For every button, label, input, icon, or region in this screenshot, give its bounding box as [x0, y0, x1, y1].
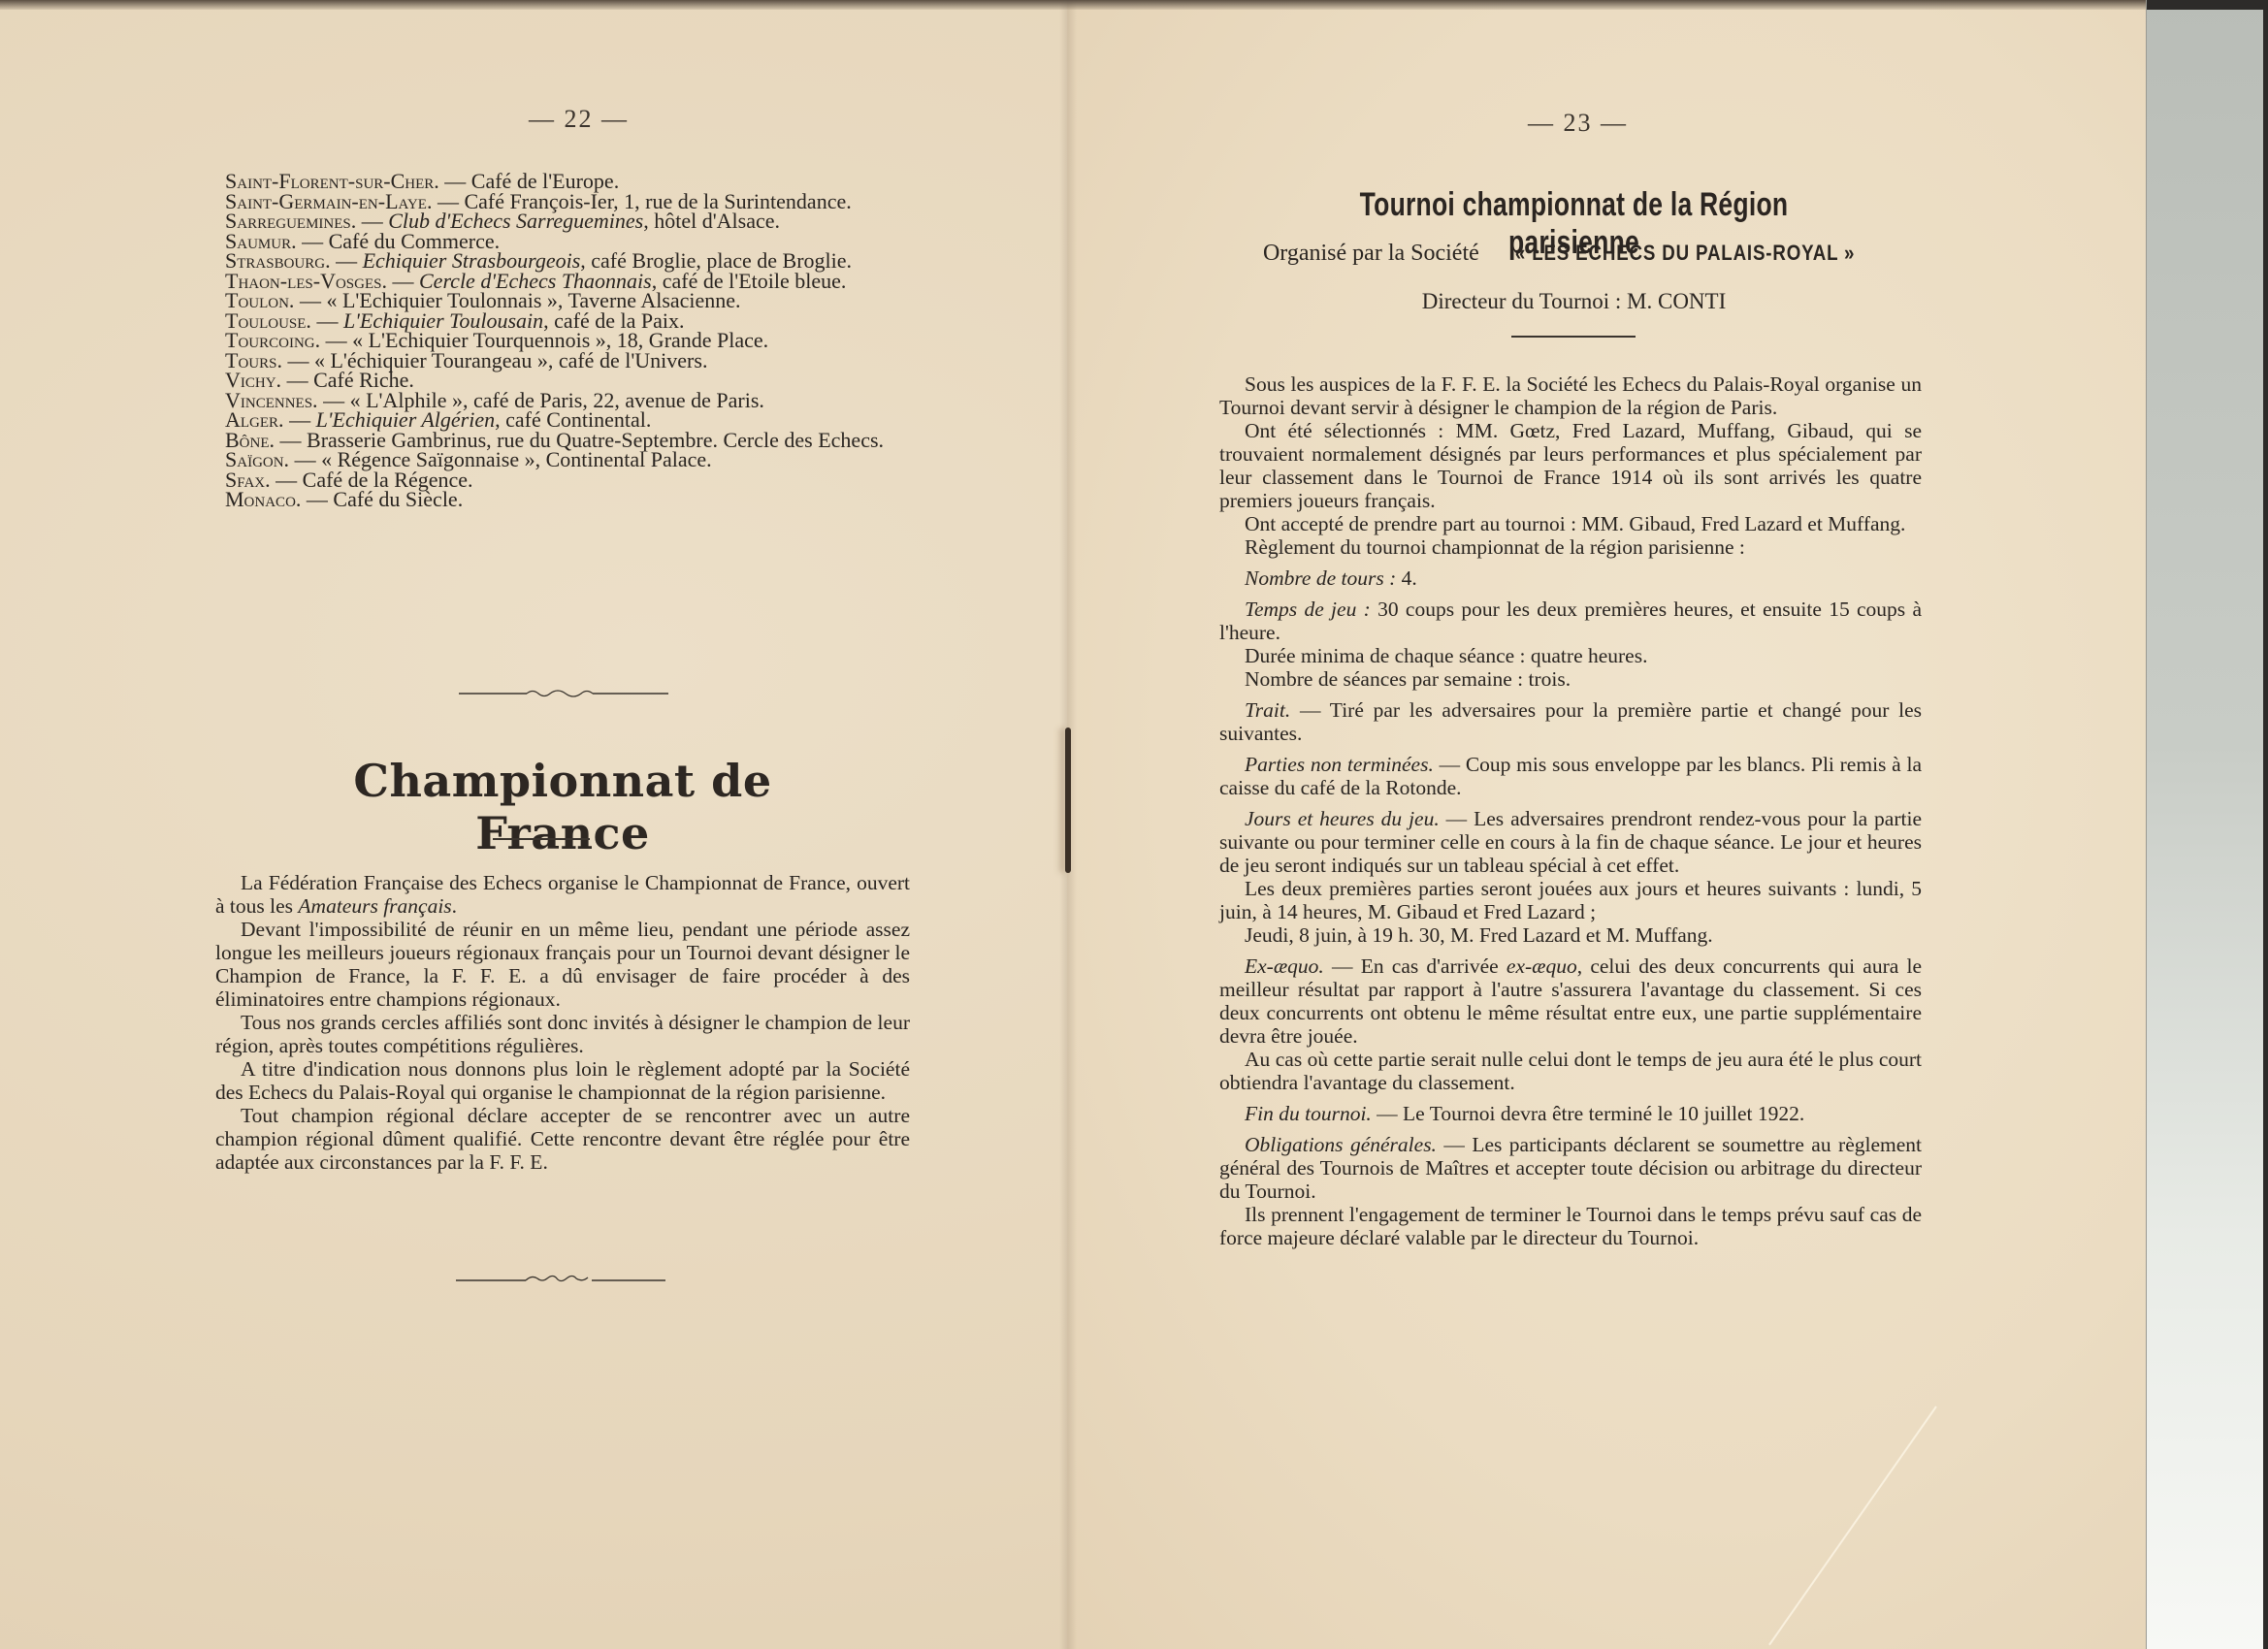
rule-duree: Durée minima de chaque séance : quatre h…: [1219, 644, 1922, 667]
rule-exaequo: Ex-æquo. — En cas d'arrivée ex-æquo, cel…: [1219, 954, 1922, 1048]
paragraph: Ont accepté de prendre part au tournoi :…: [1219, 512, 1922, 535]
title-underline: [493, 838, 590, 840]
rule-nulle: Au cas où cette partie serait nulle celu…: [1219, 1048, 1922, 1094]
paragraph: Ont été sélectionnés : MM. Gœtz, Fred La…: [1219, 419, 1922, 512]
rule-engagement: Ils prennent l'engagement de terminer le…: [1219, 1203, 1922, 1249]
tournoi-subtitle: Organisé par la Société « LES ECHECS DU …: [1217, 241, 1930, 267]
tournoi-director: Directeur du Tournoi : M. CONTI: [1217, 289, 1930, 314]
title-underline: [1511, 336, 1636, 338]
ornament-divider-icon: [459, 687, 668, 700]
paragraph: Sous les auspices de la F. F. E. la Soci…: [1219, 372, 1922, 419]
rule-trait: Trait. — Tiré par les adversaires pour l…: [1219, 698, 1922, 745]
rule-parties: Parties non terminées. — Coup mis sous e…: [1219, 753, 1922, 799]
paragraph: Règlement du tournoi championnat de la r…: [1219, 535, 1922, 559]
paragraph: Tout champion régional déclare accepter …: [215, 1104, 910, 1174]
rule-deux-parties: Les deux premières parties seront jouées…: [1219, 877, 1922, 923]
paragraph: La Fédération Française des Echecs organ…: [215, 871, 910, 918]
ornament-divider-icon: [456, 1273, 665, 1286]
club-list: Saint-Florent-sur-Cher. — Café de l'Euro…: [225, 172, 912, 510]
championnat-body: La Fédération Française des Echecs organ…: [215, 871, 910, 1174]
list-item: Monaco. — Café du Siècle.: [225, 490, 912, 510]
scanner-background: [2146, 0, 2268, 1649]
rule-seances: Nombre de séances par semaine : trois.: [1219, 667, 1922, 691]
rule-obligations: Obligations générales. — Les participant…: [1219, 1133, 1922, 1203]
rule-jeudi: Jeudi, 8 juin, à 19 h. 30, M. Fred Lazar…: [1219, 923, 1922, 947]
reglement-body: Sous les auspices de la F. F. E. la Soci…: [1219, 372, 1922, 1249]
section-title-championnat: Championnat de France: [291, 755, 834, 859]
top-edge-shadow: [0, 0, 2146, 10]
page-number-right: — 23 —: [1528, 109, 1628, 138]
paragraph: A titre d'indication nous donnons plus l…: [215, 1057, 910, 1104]
paragraph: Devant l'impossibilité de réunir en un m…: [215, 918, 910, 1011]
paragraph: Tous nos grands cercles affiliés sont do…: [215, 1011, 910, 1057]
page-number-left: — 22 —: [529, 105, 629, 134]
rule-temps-de-jeu: Temps de jeu : 30 coups pour les deux pr…: [1219, 598, 1922, 644]
rule-fin: Fin du tournoi. — Le Tournoi devra être …: [1219, 1102, 1922, 1125]
binding-staple: [1065, 727, 1071, 873]
rule-tours: Nombre de tours : 4.: [1219, 566, 1922, 590]
rule-jours: Jours et heures du jeu. — Les adversaire…: [1219, 807, 1922, 877]
